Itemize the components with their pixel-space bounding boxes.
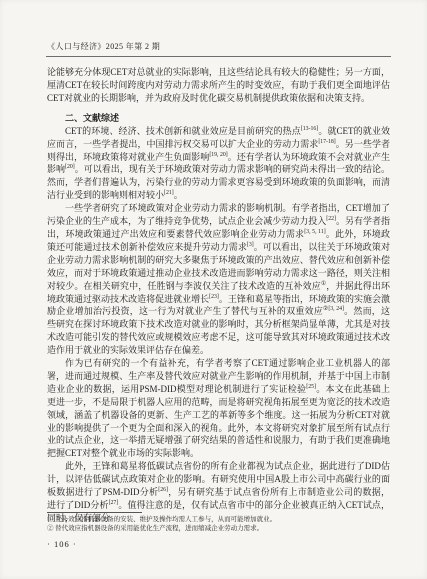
article-body: 论能够充分体现CET对总就业的实际影响，且这些结论具有较大的稳健性；另一方面，厘… (47, 66, 390, 525)
journal-page: 《人口与经济》2025 年第 2 期 论能够充分体现CET对总就业的实际影响，且… (0, 0, 427, 579)
body-paragraph: CET的环境、经济、技术创新和就业效应是目前研究的热点[13-16]。就CET的… (47, 125, 390, 202)
body-paragraph: 论能够充分体现CET对总就业的实际影响，且这些结论具有较大的稳健性；另一方面，厘… (47, 66, 390, 105)
body-paragraph: 作为已有研究的一个有益补充，有学者考察了CET通过影响企业工业机器人的部署，进而… (47, 357, 390, 460)
footnote-divider (47, 512, 142, 513)
footnotes: ① 互补效应指机器设备的安装、维护及操作均需人工参与，从而可能增加就业。② 替代… (47, 516, 390, 533)
section-heading: 二、文献综述 (47, 112, 390, 125)
footnote-item: ① 互补效应指机器设备的安装、维护及操作均需人工参与，从而可能增加就业。 (47, 516, 390, 525)
body-paragraph: 一些学者研究了环境政策对企业劳动力需求的影响机制。有学者指出，CET增加了污染企… (47, 202, 390, 357)
header-divider (46, 56, 391, 57)
footnote-item: ② 替代效应指机器设备的采用能优化生产流程，进而缩减企业劳动力需求。 (47, 525, 390, 534)
page-number: · 106 · (47, 539, 77, 549)
journal-issue-header: 《人口与经济》2025 年第 2 期 (47, 41, 160, 52)
